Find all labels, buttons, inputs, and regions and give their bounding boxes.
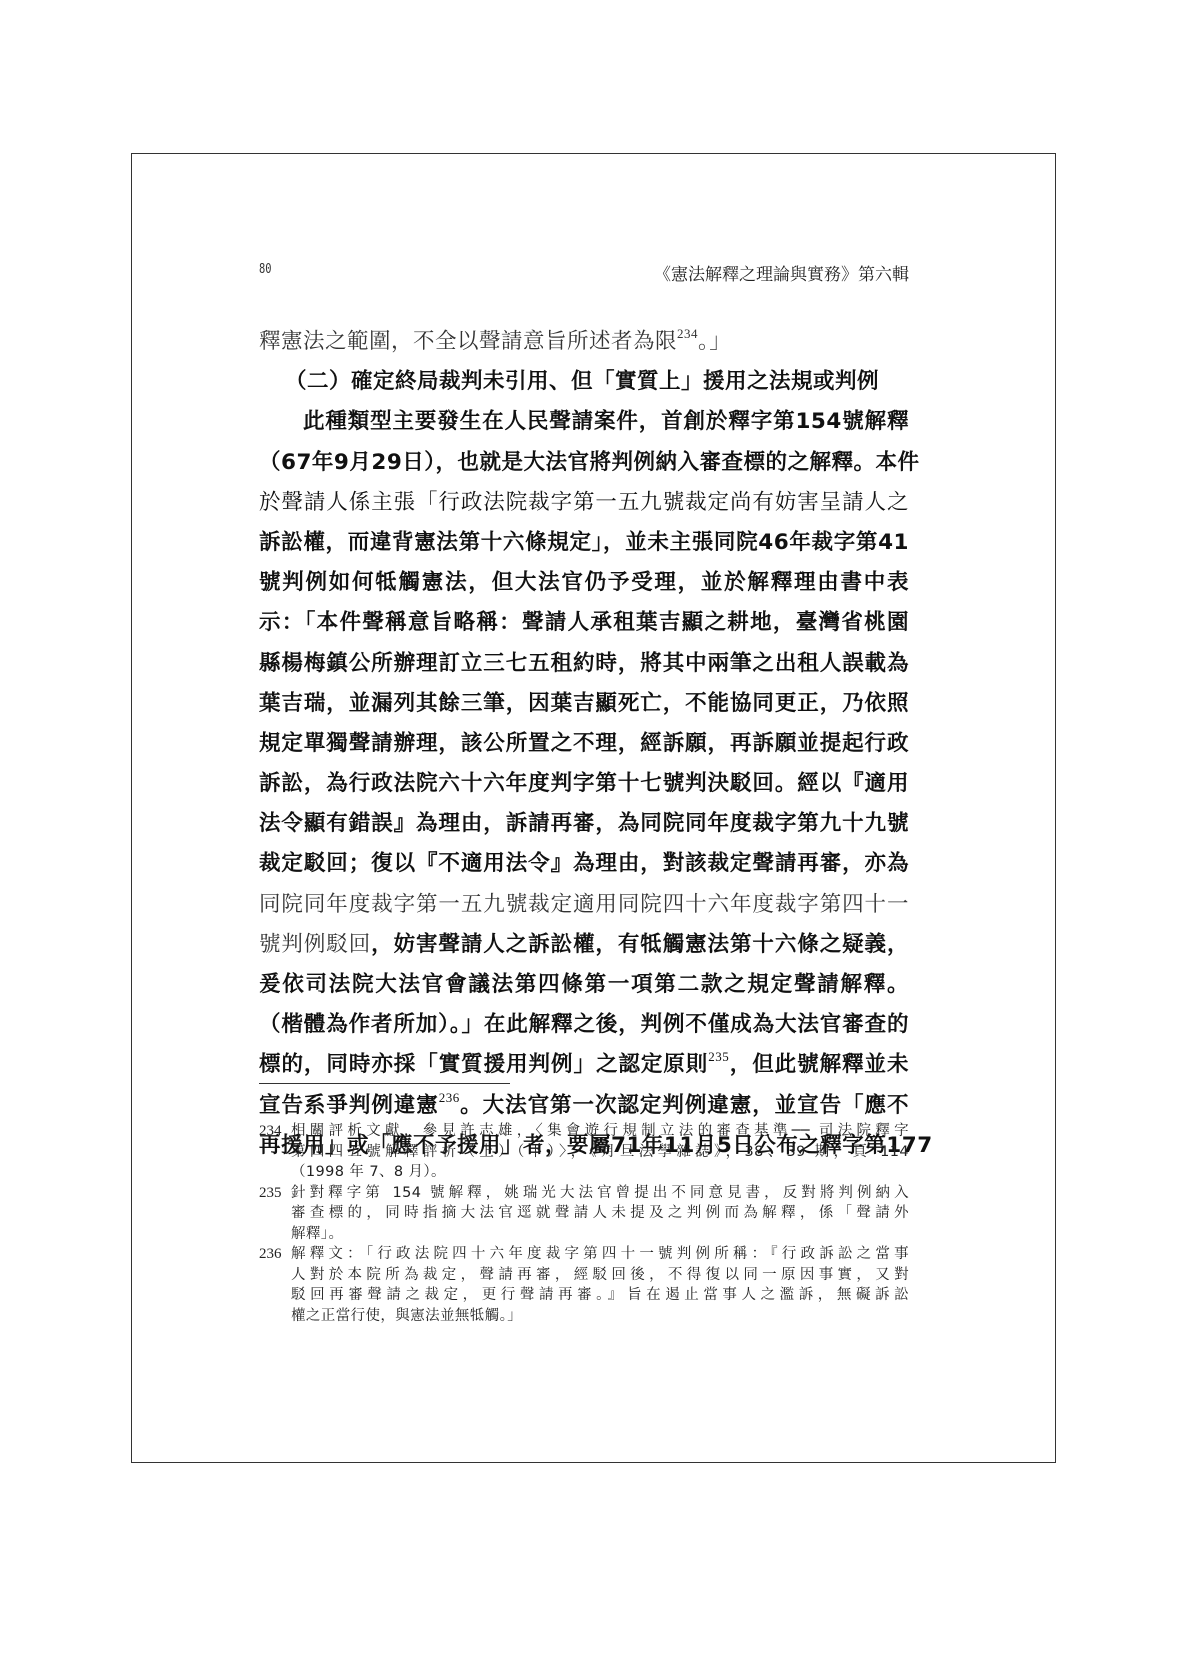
body-line-3: 此種類型主要發生在人民聲請案件，首創於釋字第154號解釋: [259, 402, 909, 442]
book-title: 《憲法解釋之理論與實務》第六輯: [654, 260, 909, 285]
line-tail: ，但此號解釋並未: [729, 1052, 909, 1077]
body-line-4: （67年9月29日），也就是大法官將判例納入審查標的之解釋。本件: [259, 443, 909, 483]
line-tail: 。」: [698, 329, 731, 354]
body-line-11: 規定單獨聲請辦理，該公所置之不理，經訴願，再訴願並提起行政: [259, 724, 909, 764]
section-heading: （二）確定終局裁判未引用、但「實質上」援用之法規或判例: [259, 362, 909, 402]
body-line-9: 縣楊梅鎮公所辦理訂立三七五租約時，將其中兩筆之出租人誤載為: [259, 644, 909, 684]
page-number: 80: [259, 262, 272, 277]
footnote-number: 234: [259, 1121, 282, 1142]
footnote-line: 解釋文：「行政法院四十六年度裁字第四十一號判例所稱：『行政訴訟之當事: [291, 1244, 909, 1265]
body-line-20: 宣告系爭判例違憲236。大法官第一次認定判例違憲，並宣告「應不: [259, 1086, 909, 1126]
footnote-line: （1998 年 7、8 月）。: [291, 1162, 909, 1183]
line-text-serif: 號判例駁回: [259, 932, 371, 957]
body-line-13: 法令顯有錯誤』為理由，訴請再審，為同院同年度裁字第九十九號: [259, 804, 909, 844]
footnote-line: 解釋」。: [291, 1224, 909, 1245]
footnote-number: 235: [259, 1183, 282, 1204]
footnote-ref-235[interactable]: 235: [708, 1049, 729, 1064]
footnote-236: 236 解釋文：「行政法院四十六年度裁字第四十一號判例所稱：『行政訴訟之當事 人…: [259, 1244, 909, 1326]
footnote-line: 審查標的，同時指摘大法官逕就聲請人未提及之判例而為解釋，係「聲請外: [291, 1203, 909, 1224]
body-line-10: 葉吉瑞，並漏列其餘三筆，因葉吉顯死亡，不能協同更正，乃依照: [259, 684, 909, 724]
line-text: 宣告系爭判例違憲: [259, 1093, 439, 1118]
body-line-17: 爰依司法院大法官會議法第四條第一項第二款之規定聲請解釋。: [259, 965, 909, 1005]
body-line-16: 號判例駁回，妨害聲請人之訴訟權，有牴觸憲法第十六條之疑義，: [259, 925, 909, 965]
line-text: ，妨害聲請人之訴訟權，有牴觸憲法第十六條之疑義，: [371, 932, 909, 957]
footnote-divider: [259, 1083, 510, 1084]
body-line-19: 標的，同時亦採「實質援用判例」之認定原則235，但此號解釋並未: [259, 1045, 909, 1085]
body-line-8: 示：「本件聲稱意旨略稱：聲請人承租葉吉顯之耕地，臺灣省桃園: [259, 603, 909, 643]
body-line-6: 訴訟權，而違背憲法第十六條規定」，並未主張同院46年裁字第41: [259, 523, 909, 563]
footnote-line: 駁回再審聲請之裁定，更行聲請再審。』旨在遏止當事人之濫訴，無礙訴訟: [291, 1285, 909, 1306]
footnote-line: 人對於本院所為裁定，聲請再審，經駁回後，不得復以同一原因事實，又對: [291, 1265, 909, 1286]
line-tail: 。大法官第一次認定判例違憲，並宣告「應不: [460, 1093, 909, 1118]
line-text: 標的，同時亦採「實質援用判例」之認定原則: [259, 1052, 708, 1077]
footnote-234: 234 相關評析文獻，參見許志雄，〈集會遊行規制立法的審查基準── 司法院釋字 …: [259, 1121, 909, 1183]
footnote-ref-236[interactable]: 236: [439, 1090, 460, 1105]
footnote-235: 235 針對釋字第 154 號解釋，姚瑞光大法官曾提出不同意見書，反對將判例納入…: [259, 1183, 909, 1245]
footnotes: 234 相關評析文獻，參見許志雄，〈集會遊行規制立法的審查基準── 司法院釋字 …: [259, 1121, 909, 1326]
footnote-line: 權之正當行使，與憲法並無牴觸。」: [291, 1306, 909, 1327]
footnote-line: 第四四五號解釋評析（上）（下）〉，《月旦法學雜誌》，38、39 期，頁 114: [291, 1142, 909, 1163]
footnote-number: 236: [259, 1244, 282, 1265]
body-line-5: 於聲請人係主張「行政法院裁字第一五九號裁定尚有妨害呈請人之: [259, 483, 909, 523]
footnote-ref-234[interactable]: 234: [677, 326, 698, 341]
body-text: 釋憲法之範圍，不全以聲請意旨所述者為限234。」 （二）確定終局裁判未引用、但「…: [259, 322, 909, 1166]
body-line-1: 釋憲法之範圍，不全以聲請意旨所述者為限234。」: [259, 322, 909, 362]
body-line-14: 裁定駁回；復以『不適用法令』為理由，對該裁定聲請再審，亦為: [259, 844, 909, 884]
running-head: 80 《憲法解釋之理論與實務》第六輯: [259, 262, 909, 286]
footnote-line: 相關評析文獻，參見許志雄，〈集會遊行規制立法的審查基準── 司法院釋字: [291, 1121, 909, 1142]
footnote-line: 針對釋字第 154 號解釋，姚瑞光大法官曾提出不同意見書，反對將判例納入: [291, 1183, 909, 1204]
body-line-15: 同院同年度裁字第一五九號裁定適用同院四十六年度裁字第四十一: [259, 885, 909, 925]
body-line-7: 號判例如何牴觸憲法，但大法官仍予受理，並於解釋理由書中表: [259, 563, 909, 603]
body-line-18: （楷體為作者所加）。」在此解釋之後，判例不僅成為大法官審查的: [259, 1005, 909, 1045]
body-line-12: 訴訟，為行政法院六十六年度判字第十七號判決駁回。經以『適用: [259, 764, 909, 804]
line-text: 釋憲法之範圍，不全以聲請意旨所述者為限: [259, 329, 677, 354]
